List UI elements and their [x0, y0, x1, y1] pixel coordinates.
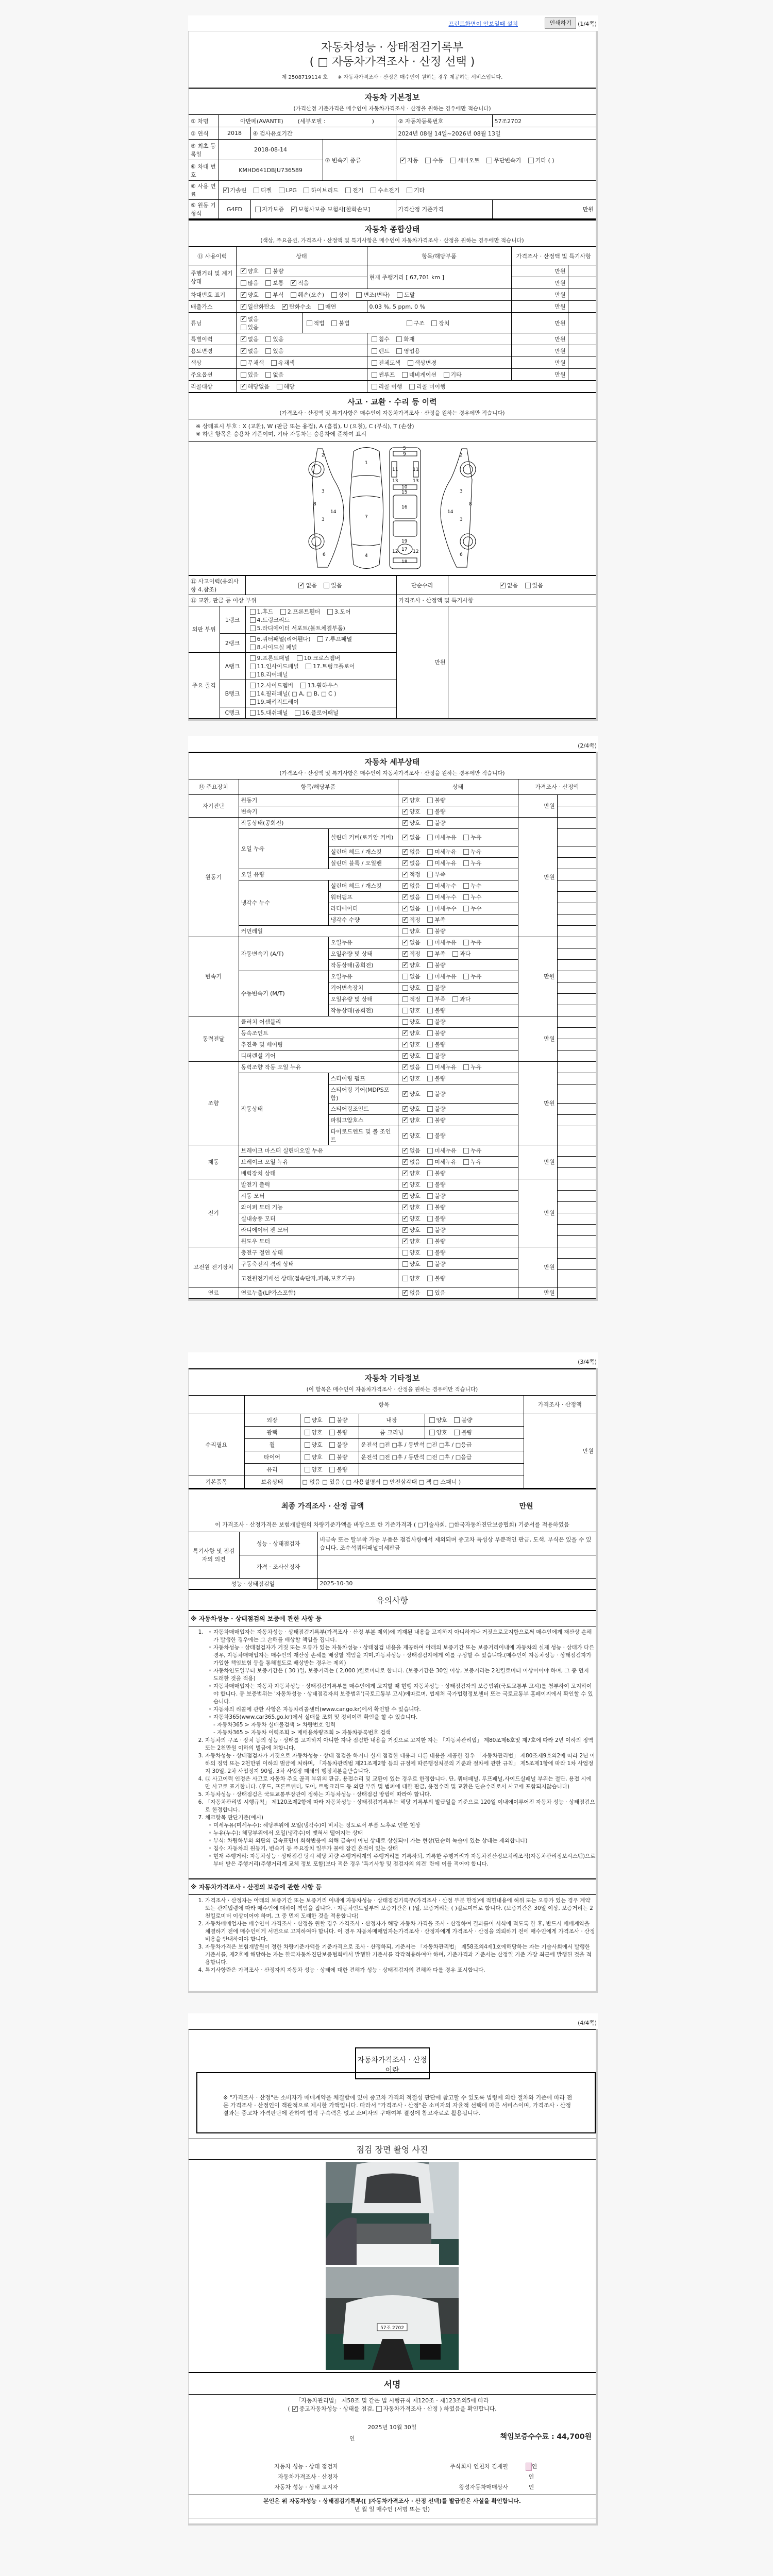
- checkbox[interactable]: [372, 372, 377, 378]
- checkbox[interactable]: [454, 1430, 460, 1435]
- checkbox[interactable]: [427, 1276, 433, 1281]
- option: 없음: [400, 1064, 421, 1071]
- svg-text:16: 16: [401, 505, 408, 510]
- checkbox[interactable]: [324, 583, 329, 588]
- checkbox[interactable]: [427, 1227, 433, 1233]
- option-label: 양호: [312, 1429, 323, 1436]
- checkbox[interactable]: [427, 872, 433, 877]
- option: 누유: [461, 1147, 481, 1154]
- checkbox[interactable]: [250, 655, 256, 661]
- inspection-period: 2024년 08월 14일~2026년 08월 13일: [396, 127, 596, 140]
- checkbox[interactable]: [427, 996, 433, 1002]
- checkbox[interactable]: [297, 655, 303, 661]
- item-label: 윈도우 모터: [239, 1235, 398, 1247]
- part-option: 3.도어: [325, 608, 351, 615]
- checkbox[interactable]: [500, 583, 506, 588]
- checkbox[interactable]: [402, 1042, 408, 1047]
- checkbox[interactable]: [463, 860, 469, 866]
- checkbox[interactable]: [427, 1053, 433, 1059]
- status-options: 양호 불량: [398, 1258, 518, 1269]
- checkbox[interactable]: [265, 336, 271, 342]
- checkbox[interactable]: [250, 699, 256, 705]
- svg-text:1: 1: [365, 461, 368, 466]
- checkbox[interactable]: [429, 1430, 435, 1435]
- checkbox[interactable]: [241, 268, 246, 274]
- checkbox[interactable]: [241, 384, 246, 389]
- checkbox[interactable]: [427, 820, 433, 826]
- svg-text:6: 6: [323, 552, 326, 557]
- checkbox[interactable]: [318, 304, 324, 310]
- checkbox[interactable]: [402, 798, 408, 803]
- checkbox[interactable]: [427, 1117, 433, 1123]
- checkbox[interactable]: [402, 872, 408, 877]
- checkbox[interactable]: [402, 1030, 408, 1036]
- checkbox[interactable]: [427, 1216, 433, 1222]
- checkbox[interactable]: [254, 188, 259, 193]
- checkbox[interactable]: [402, 1117, 408, 1123]
- checkbox[interactable]: [427, 1076, 433, 1081]
- option-label: 불량: [434, 1215, 445, 1222]
- option-label: 없음: [410, 1290, 421, 1296]
- checkbox[interactable]: [305, 1430, 310, 1435]
- checkbox[interactable]: [402, 962, 408, 968]
- checkbox[interactable]: [402, 940, 408, 945]
- checkbox[interactable]: [409, 384, 415, 389]
- print-help-link[interactable]: 프린트화면이 안보일때 설치: [448, 20, 518, 28]
- checkbox[interactable]: [396, 348, 402, 354]
- checkbox[interactable]: [241, 348, 246, 354]
- checkbox[interactable]: [271, 360, 277, 366]
- sub-item-label: 기어변속장치: [328, 982, 398, 993]
- detail-row: 변속기자동변속기 (A/T)오일누유없음 미세누유 누유만원: [189, 937, 596, 948]
- option: 미세누유: [425, 1147, 457, 1154]
- checkbox[interactable]: [241, 336, 246, 342]
- option-label: 불법: [339, 320, 349, 327]
- note-item: 자동차매매업자는 자동차성능 · 상태점검기록부(가격조사 · 산정 부분 제외…: [205, 1629, 596, 1737]
- checkbox[interactable]: [402, 951, 408, 957]
- option-label: LPG: [286, 187, 297, 194]
- checkbox[interactable]: [463, 835, 469, 840]
- accident-history-title: 사고 · 교환 · 수리 등 이력 (가격조사 · 산정액 및 특기사항은 매수…: [189, 393, 596, 419]
- checkbox[interactable]: [463, 1064, 469, 1070]
- checkbox[interactable]: [402, 985, 408, 991]
- option-label: 누유: [470, 849, 481, 855]
- checkbox[interactable]: [402, 1019, 408, 1025]
- checkbox[interactable]: [402, 1091, 408, 1097]
- checkbox[interactable]: [291, 292, 296, 298]
- checkbox[interactable]: [241, 372, 246, 378]
- checkbox[interactable]: [250, 625, 256, 631]
- option-label: 8.사이드실 패널: [257, 644, 297, 651]
- option: 수소전기: [368, 187, 400, 194]
- checkbox[interactable]: [525, 583, 531, 588]
- option: 불법: [329, 320, 349, 327]
- option: 기타 ( ): [526, 157, 554, 164]
- checkbox[interactable]: [307, 320, 312, 326]
- checkbox[interactable]: [402, 996, 408, 1002]
- checkbox[interactable]: [223, 188, 229, 193]
- checkbox[interactable]: [402, 1008, 408, 1013]
- option-label: 적정: [410, 917, 421, 923]
- checkbox[interactable]: [425, 158, 431, 163]
- option: 불량: [425, 1041, 445, 1048]
- option: 없음: [400, 1290, 421, 1296]
- option-label: 불량: [434, 1249, 445, 1256]
- checkbox[interactable]: [300, 683, 306, 688]
- checkbox[interactable]: [402, 883, 408, 889]
- checkbox[interactable]: [427, 1042, 433, 1047]
- checkbox[interactable]: [427, 883, 433, 889]
- part-option: 8.사이드실 패널: [248, 644, 297, 651]
- checkbox[interactable]: [402, 1290, 408, 1296]
- option-label: 보험사보증 보험사[한화손보]: [298, 206, 371, 213]
- option: 양호: [427, 1429, 447, 1436]
- checkbox[interactable]: [305, 1467, 310, 1472]
- checkbox[interactable]: [282, 304, 288, 310]
- option-label: 불량: [434, 1181, 445, 1188]
- option-label: 부족: [434, 951, 445, 957]
- option: 양호: [400, 1227, 421, 1233]
- checkbox[interactable]: [463, 1148, 469, 1154]
- checkbox[interactable]: [402, 849, 408, 855]
- checkbox[interactable]: [463, 906, 469, 911]
- checkbox[interactable]: [427, 1030, 433, 1036]
- checkbox[interactable]: [454, 1417, 460, 1423]
- checkbox[interactable]: [427, 1239, 433, 1244]
- checkbox[interactable]: [463, 849, 469, 855]
- status-options: 없음 미세누유 누유: [398, 828, 518, 846]
- checkbox[interactable]: [429, 1417, 435, 1423]
- checkbox[interactable]: [331, 292, 337, 298]
- checkbox[interactable]: [396, 336, 402, 342]
- option-label: 누유: [470, 1159, 481, 1165]
- checkbox[interactable]: [427, 1205, 433, 1210]
- checkbox[interactable]: [402, 1250, 408, 1256]
- option-label: 불량: [337, 1429, 347, 1436]
- note-item: 자동차매매업자는 매수인이 가격조사 · 산정을 원할 경우 가격조사 · 산정…: [205, 1920, 596, 1943]
- other-info-table: 항목 가격조사 · 산정액 수리필요외장양호 불량내장양호 불량만원광택양호 불…: [189, 1395, 596, 1488]
- checkbox[interactable]: [402, 1133, 408, 1139]
- checkbox-price-appraisal[interactable]: [376, 2406, 382, 2412]
- checkbox[interactable]: [345, 188, 351, 193]
- checkbox[interactable]: [241, 280, 246, 286]
- option: 누수: [461, 905, 481, 912]
- option-label: 훼손(오손): [298, 292, 324, 298]
- checkbox[interactable]: [400, 158, 406, 163]
- checkbox[interactable]: [407, 188, 412, 193]
- option-label: 없음: [410, 1064, 421, 1071]
- checkbox[interactable]: [427, 1250, 433, 1256]
- svg-text:3: 3: [322, 517, 325, 522]
- checkbox[interactable]: [372, 336, 377, 342]
- option-label: 수동: [432, 157, 443, 164]
- checkbox[interactable]: [329, 1454, 335, 1460]
- note-item: 자동차의 구조 · 장치 등의 성능 · 상태를 고지하지 아니한 자나 점검한…: [205, 1737, 596, 1752]
- option-label: 양호: [410, 1132, 421, 1139]
- checkbox[interactable]: [305, 1442, 310, 1448]
- checkbox[interactable]: [402, 1193, 408, 1199]
- checkbox[interactable]: [408, 360, 413, 366]
- checkbox[interactable]: [427, 1064, 433, 1070]
- checkbox[interactable]: [402, 860, 408, 866]
- checkbox[interactable]: [402, 1148, 408, 1154]
- checkbox[interactable]: [402, 894, 408, 900]
- option-label: 미세누유: [434, 834, 457, 841]
- device-group: 전기: [189, 1179, 239, 1247]
- price-unit: 만원: [518, 1287, 557, 1298]
- checkbox[interactable]: [402, 1182, 408, 1188]
- checkbox[interactable]: [241, 316, 246, 322]
- checkbox[interactable]: [371, 188, 376, 193]
- sub-item-label: 오일누유: [328, 971, 398, 982]
- checkbox[interactable]: [397, 292, 402, 298]
- checkbox[interactable]: [402, 1171, 408, 1176]
- checkbox[interactable]: [463, 940, 469, 945]
- inspection-date: 2025-10-30: [317, 1578, 596, 1589]
- checkbox[interactable]: [241, 360, 246, 366]
- checkbox[interactable]: [305, 1417, 310, 1423]
- checkbox[interactable]: [250, 710, 256, 716]
- checkbox[interactable]: [250, 683, 256, 688]
- checkbox[interactable]: [265, 280, 271, 286]
- checkbox[interactable]: [402, 1276, 408, 1281]
- device-group: 원동기: [189, 817, 239, 937]
- detail-status-title: 자동차 세부상태 (가격조사 · 산정액 및 특기사항은 매수인이 자동차가격조…: [189, 752, 596, 779]
- checkbox[interactable]: [402, 820, 408, 826]
- checkbox[interactable]: [407, 320, 412, 326]
- checkbox[interactable]: [402, 1064, 408, 1070]
- checkbox[interactable]: [331, 320, 337, 326]
- car-name: 아반떼(AVANTE): [240, 118, 283, 125]
- overall-status-title: 자동차 종합상태 (색상, 주요옵션, 가격조사 · 산정액 및 특기사항은 매…: [189, 219, 596, 246]
- option: 적음: [289, 280, 309, 286]
- option: 없음: [400, 1147, 421, 1154]
- checkbox[interactable]: [372, 360, 377, 366]
- option: 누유: [461, 1064, 481, 1071]
- checkbox[interactable]: [402, 1261, 408, 1267]
- warranty-options: 자가보증 보험사보증 보험사[한화손보]: [250, 200, 396, 219]
- checkbox[interactable]: [402, 1227, 408, 1233]
- checkbox[interactable]: [427, 962, 433, 968]
- checkbox[interactable]: [427, 1261, 433, 1267]
- option-label: 누유: [470, 939, 481, 946]
- option-label: 해당없음: [248, 383, 270, 390]
- option: 불량: [425, 1261, 445, 1267]
- checkbox[interactable]: [291, 280, 296, 286]
- checkbox[interactable]: [241, 304, 246, 310]
- status-options: 양호 불량: [398, 1247, 518, 1258]
- checkbox[interactable]: [250, 672, 256, 677]
- checkbox[interactable]: [327, 609, 333, 615]
- checkbox[interactable]: [372, 348, 377, 354]
- checkbox[interactable]: [427, 917, 433, 923]
- checkbox[interactable]: [427, 974, 433, 979]
- signer-role: 자동차가격조사 · 산정자: [189, 2472, 359, 2482]
- status-options: 없음 미세누유 누유: [398, 971, 518, 982]
- option-label: 불량: [434, 1041, 445, 1048]
- svg-text:14: 14: [447, 510, 453, 515]
- checkbox[interactable]: [402, 1239, 408, 1244]
- checkbox[interactable]: [250, 645, 256, 650]
- checkbox[interactable]: [329, 1417, 335, 1423]
- price-unit: 만원: [518, 1179, 557, 1247]
- checkbox[interactable]: [241, 325, 246, 330]
- checkbox[interactable]: [291, 207, 297, 212]
- option: 없음: [400, 894, 421, 901]
- checkbox[interactable]: [402, 809, 408, 815]
- checkbox[interactable]: [241, 292, 246, 298]
- item-label: 등속조인트: [239, 1027, 398, 1039]
- signer-row: 자동차 성능 · 상태 고지자 왕성자동차매매상사 인: [189, 2482, 596, 2493]
- checkbox[interactable]: [250, 664, 256, 669]
- status-options: 양호 불량: [398, 1114, 518, 1126]
- checkbox[interactable]: [427, 951, 433, 957]
- checkbox[interactable]: [427, 1193, 433, 1199]
- checkbox[interactable]: [402, 835, 408, 840]
- checkbox[interactable]: [427, 809, 433, 815]
- option: 불량: [425, 1238, 445, 1245]
- item-label: 클러치 어셈블리: [239, 1016, 398, 1027]
- checkbox[interactable]: [305, 1454, 310, 1460]
- option: 미세누수: [425, 905, 457, 912]
- checkbox[interactable]: [431, 320, 437, 326]
- checkbox[interactable]: [427, 798, 433, 803]
- checkbox[interactable]: [265, 348, 271, 354]
- checkbox[interactable]: [427, 928, 433, 934]
- checkbox[interactable]: [402, 1159, 408, 1165]
- checkbox[interactable]: [265, 372, 271, 378]
- checkbox[interactable]: [427, 1133, 433, 1139]
- checkbox[interactable]: [463, 894, 469, 900]
- part-option: 17.트렁크플로어: [304, 663, 355, 670]
- checkbox[interactable]: [402, 1216, 408, 1222]
- checkbox[interactable]: [452, 951, 458, 957]
- checkbox[interactable]: [250, 691, 256, 697]
- print-button[interactable]: 인쇄하기: [545, 18, 576, 29]
- checkbox[interactable]: [486, 158, 492, 163]
- checkbox[interactable]: [427, 1182, 433, 1188]
- svg-text:3: 3: [322, 489, 325, 494]
- checkbox[interactable]: [427, 1171, 433, 1176]
- doc-number: 제 2508719114 호: [282, 75, 328, 80]
- option: 양호: [303, 1429, 323, 1436]
- checkbox[interactable]: [279, 188, 284, 193]
- checkbox[interactable]: [427, 849, 433, 855]
- checkbox[interactable]: [427, 1148, 433, 1154]
- checkbox-used-car-inspection[interactable]: [292, 2406, 298, 2412]
- checkbox[interactable]: [452, 996, 458, 1002]
- option-label: 누수: [470, 894, 481, 901]
- option: 누수: [461, 883, 481, 889]
- checkbox[interactable]: [427, 1159, 433, 1165]
- checkbox[interactable]: [356, 292, 362, 298]
- option: 탄화수소: [280, 303, 311, 310]
- checkbox[interactable]: [528, 158, 534, 163]
- option-label: 리콜 미이행: [416, 383, 446, 390]
- option-label: 12.사이드멤버: [257, 682, 294, 689]
- option: 상이: [329, 292, 349, 298]
- checkbox[interactable]: [402, 1076, 408, 1081]
- option: 화재: [394, 336, 414, 343]
- option: 적법: [305, 320, 325, 327]
- option-label: 없음: [306, 582, 316, 589]
- checkbox[interactable]: [280, 609, 286, 615]
- checkbox[interactable]: [427, 894, 433, 900]
- checkbox[interactable]: [427, 860, 433, 866]
- checkbox[interactable]: [329, 1467, 335, 1472]
- checkbox[interactable]: [250, 636, 256, 642]
- option-label: 양호: [410, 928, 421, 935]
- checkbox[interactable]: [463, 1159, 469, 1165]
- checkbox[interactable]: [427, 940, 433, 945]
- option: 미세누유: [425, 939, 457, 946]
- option-label: 양호: [410, 1117, 421, 1124]
- part-option: 13.휠하우스: [298, 682, 339, 689]
- checkbox[interactable]: [329, 1430, 335, 1435]
- option: 양호: [400, 1007, 421, 1014]
- sub-item-label: 스티어링 펌프: [328, 1073, 398, 1084]
- option-label: 미세누수: [434, 905, 457, 912]
- checkbox[interactable]: [277, 384, 282, 389]
- checkbox[interactable]: [265, 268, 271, 274]
- checkbox[interactable]: [450, 158, 456, 163]
- status-options: 양호 불량: [398, 1126, 518, 1145]
- checkbox[interactable]: [295, 710, 300, 716]
- option-label: 양호: [410, 962, 421, 969]
- svg-text:8: 8: [469, 502, 472, 507]
- checkbox[interactable]: [427, 985, 433, 991]
- checkbox[interactable]: [317, 636, 323, 642]
- checkbox[interactable]: [265, 292, 271, 298]
- checkbox[interactable]: [304, 188, 309, 193]
- option: 양호: [303, 1454, 323, 1461]
- checkbox[interactable]: [427, 1106, 433, 1112]
- checkbox[interactable]: [402, 906, 408, 911]
- checkbox[interactable]: [427, 1290, 433, 1296]
- checkbox[interactable]: [427, 1019, 433, 1025]
- checkbox[interactable]: [402, 1106, 408, 1112]
- part-option: 10.크로스멤버: [295, 655, 341, 662]
- checkbox[interactable]: [298, 583, 304, 588]
- checkbox[interactable]: [402, 1053, 408, 1059]
- status-options: 없음 미세누수 누수: [398, 891, 518, 903]
- checkbox[interactable]: [444, 372, 449, 378]
- checkbox[interactable]: [427, 1008, 433, 1013]
- checkbox[interactable]: [329, 1442, 335, 1448]
- checkbox[interactable]: [427, 906, 433, 911]
- checkbox[interactable]: [402, 917, 408, 923]
- basic-info-table: ① 차명 아반떼(AVANTE) (세부모델 :) ② 자동차등록번호 57조2…: [189, 114, 596, 219]
- checkbox[interactable]: [250, 609, 256, 615]
- checkbox[interactable]: [402, 372, 408, 378]
- checkbox[interactable]: [427, 835, 433, 840]
- option-label: 불량: [434, 985, 445, 991]
- checkbox[interactable]: [402, 928, 408, 934]
- svg-text:6: 6: [460, 552, 463, 557]
- checkbox[interactable]: [250, 617, 256, 623]
- checkbox[interactable]: [427, 1091, 433, 1097]
- detail-row: 동력전달클러치 어셈블리양호 불량만원: [189, 1016, 596, 1027]
- checkbox[interactable]: [402, 974, 408, 979]
- checkbox[interactable]: [372, 384, 377, 389]
- option: 썬루프: [369, 371, 395, 378]
- checkbox[interactable]: [306, 664, 311, 669]
- checkbox[interactable]: [255, 207, 261, 212]
- checkbox[interactable]: [463, 883, 469, 889]
- option: 불량: [425, 985, 445, 991]
- checkbox[interactable]: [402, 1205, 408, 1210]
- checkbox[interactable]: [463, 974, 469, 979]
